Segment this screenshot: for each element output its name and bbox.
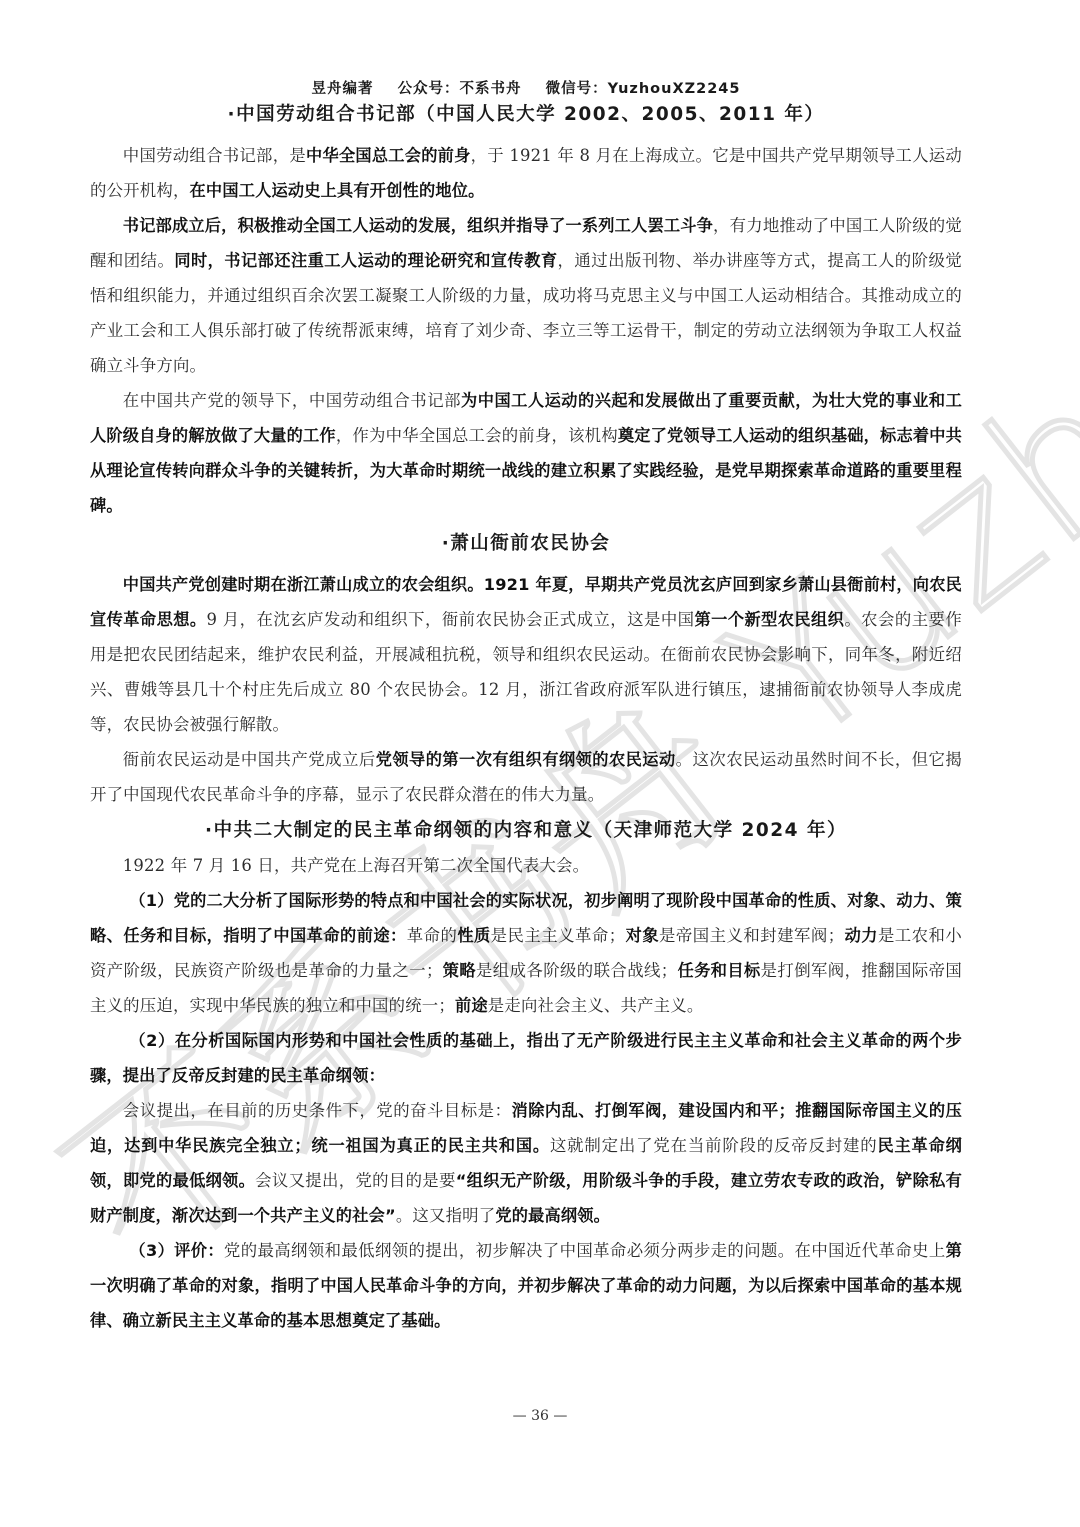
emphasized-text: 策略 bbox=[443, 961, 476, 980]
body-text: 是走向社会主义、共产主义。 bbox=[488, 996, 704, 1015]
emphasized-text: 动力 bbox=[844, 926, 878, 945]
section-yaqian-peasant-association: ·萧山衙前农民协会 中国共产党创建时期在浙江萧山成立的农会组织。1921 年夏，… bbox=[90, 529, 962, 812]
emphasized-text: 对象 bbox=[625, 926, 659, 945]
body-text: 会议又提出，党的目的是要 bbox=[255, 1171, 456, 1190]
body-text: ，作为中华全国总工会的前身，该机构 bbox=[336, 426, 618, 445]
page-header: 昱舟编著 公众号：不系书舟 微信号：YuzhouXZ2245 bbox=[90, 78, 962, 100]
body-text: 是民主主义革命； bbox=[491, 926, 626, 945]
paragraph: 在中国共产党的领导下，中国劳动组合书记部为中国工人运动的兴起和发展做出了重要贡献… bbox=[90, 383, 962, 523]
body-text: 革命的 bbox=[407, 926, 458, 945]
paragraph-item-2: （2）在分析国际国内形势和中国社会性质的基础上，指出了无产阶级进行民主主义革命和… bbox=[90, 1023, 962, 1093]
header-public-account: 公众号：不系书舟 bbox=[398, 81, 522, 97]
paragraph: 书记部成立后，积极推动全国工人运动的发展，组织并指导了一系列工人罢工斗争，有力地… bbox=[90, 208, 962, 383]
body-text: 这就制定出了党在当前阶段的反帝反封建的 bbox=[550, 1136, 878, 1155]
section-title: ·中国劳动组合书记部（中国人民大学 2002、2005、2011 年） bbox=[90, 100, 962, 130]
paragraph: 中国劳动组合书记部，是中华全国总工会的前身，于 1921 年 8 月在上海成立。… bbox=[90, 138, 962, 208]
paragraph: 1922 年 7 月 16 日，共产党在上海召开第二次全国代表大会。 bbox=[90, 848, 962, 883]
emphasized-text: 书记部成立后，积极推动全国工人运动的发展，组织并指导了一系列工人罢工斗争 bbox=[123, 216, 713, 235]
body-text: 1922 年 7 月 16 日，共产党在上海召开第二次全国代表大会。 bbox=[123, 856, 589, 875]
section-title: ·中共二大制定的民主革命纲领的内容和意义（天津师范大学 2024 年） bbox=[90, 816, 962, 846]
paragraph: 衙前农民运动是中国共产党成立后党领导的第一次有组织有纲领的农民运动。这次农民运动… bbox=[90, 742, 962, 812]
emphasized-text: 性质 bbox=[457, 926, 490, 945]
page-number: — 36 — bbox=[0, 1408, 1080, 1424]
emphasized-text: 党的最高纲领。 bbox=[495, 1206, 610, 1225]
section-labor-secretariat: ·中国劳动组合书记部（中国人民大学 2002、2005、2011 年） 中国劳动… bbox=[90, 100, 962, 523]
document-page: 不系书舟 YuzhouXZ2245 昱舟编著 公众号：不系书舟 微信号：Yuzh… bbox=[0, 0, 1080, 1527]
body-text: 。这又指明了 bbox=[396, 1206, 496, 1225]
emphasized-text: 第一个新型农民组织 bbox=[695, 610, 845, 629]
body-text: 会议提出，在目前的历史条件下，党的奋斗目标是： bbox=[123, 1101, 512, 1120]
emphasized-text: 任务和目标 bbox=[677, 961, 760, 980]
emphasized-text: 同时，书记部还注重工人运动的理论研究和宣传教育 bbox=[174, 251, 557, 270]
emphasized-text: （2）在分析国际国内形势和中国社会性质的基础上，指出了无产阶级进行民主主义革命和… bbox=[90, 1031, 962, 1085]
body-text: 在中国共产党的领导下，中国劳动组合书记部 bbox=[123, 391, 461, 410]
body-text: 是组成各阶级的联合战线； bbox=[476, 961, 677, 980]
paragraph: 中国共产党创建时期在浙江萧山成立的农会组织。1921 年夏，早期共产党员沈玄庐回… bbox=[90, 567, 962, 742]
paragraph: 会议提出，在目前的历史条件下，党的奋斗目标是：消除内乱、打倒军阀，建设国内和平；… bbox=[90, 1093, 962, 1233]
section-second-congress-program: ·中共二大制定的民主革命纲领的内容和意义（天津师范大学 2024 年） 1922… bbox=[90, 816, 962, 1338]
emphasized-text: 前途 bbox=[455, 996, 488, 1015]
paragraph-item-1: （1）党的二大分析了国际形势的特点和中国社会的实际状况，初步阐明了现阶段中国革命… bbox=[90, 883, 962, 1023]
paragraph-item-3: （3）评价：党的最高纲领和最低纲领的提出，初步解决了中国革命必须分两步走的问题。… bbox=[90, 1233, 962, 1338]
emphasized-text: 中华全国总工会的前身 bbox=[306, 146, 471, 165]
header-wechat: 微信号：YuzhouXZ2245 bbox=[546, 81, 741, 97]
emphasized-text: 党领导的第一次有组织有纲领的农民运动 bbox=[376, 750, 676, 769]
emphasized-text: 在中国工人运动史上具有开创性的地位。 bbox=[190, 181, 485, 200]
header-author: 昱舟编著 bbox=[312, 81, 374, 97]
page-content: 昱舟编著 公众号：不系书舟 微信号：YuzhouXZ2245 ·中国劳动组合书记… bbox=[90, 78, 962, 1338]
section-title: ·萧山衙前农民协会 bbox=[90, 529, 962, 559]
body-text: 衙前农民运动是中国共产党成立后 bbox=[123, 750, 376, 769]
emphasized-text: （3）评价： bbox=[129, 1241, 224, 1260]
body-text: 9 月，在沈玄庐发动和组织下，衙前农民协会正式成立，这是中国 bbox=[207, 610, 695, 629]
body-text: 是帝国主义和封建军阀； bbox=[659, 926, 844, 945]
body-text: 中国劳动组合书记部，是 bbox=[123, 146, 306, 165]
body-text: 党的最高纲领和最低纲领的提出，初步解决了中国革命必须分两步走的问题。在中国近代革… bbox=[224, 1241, 946, 1260]
